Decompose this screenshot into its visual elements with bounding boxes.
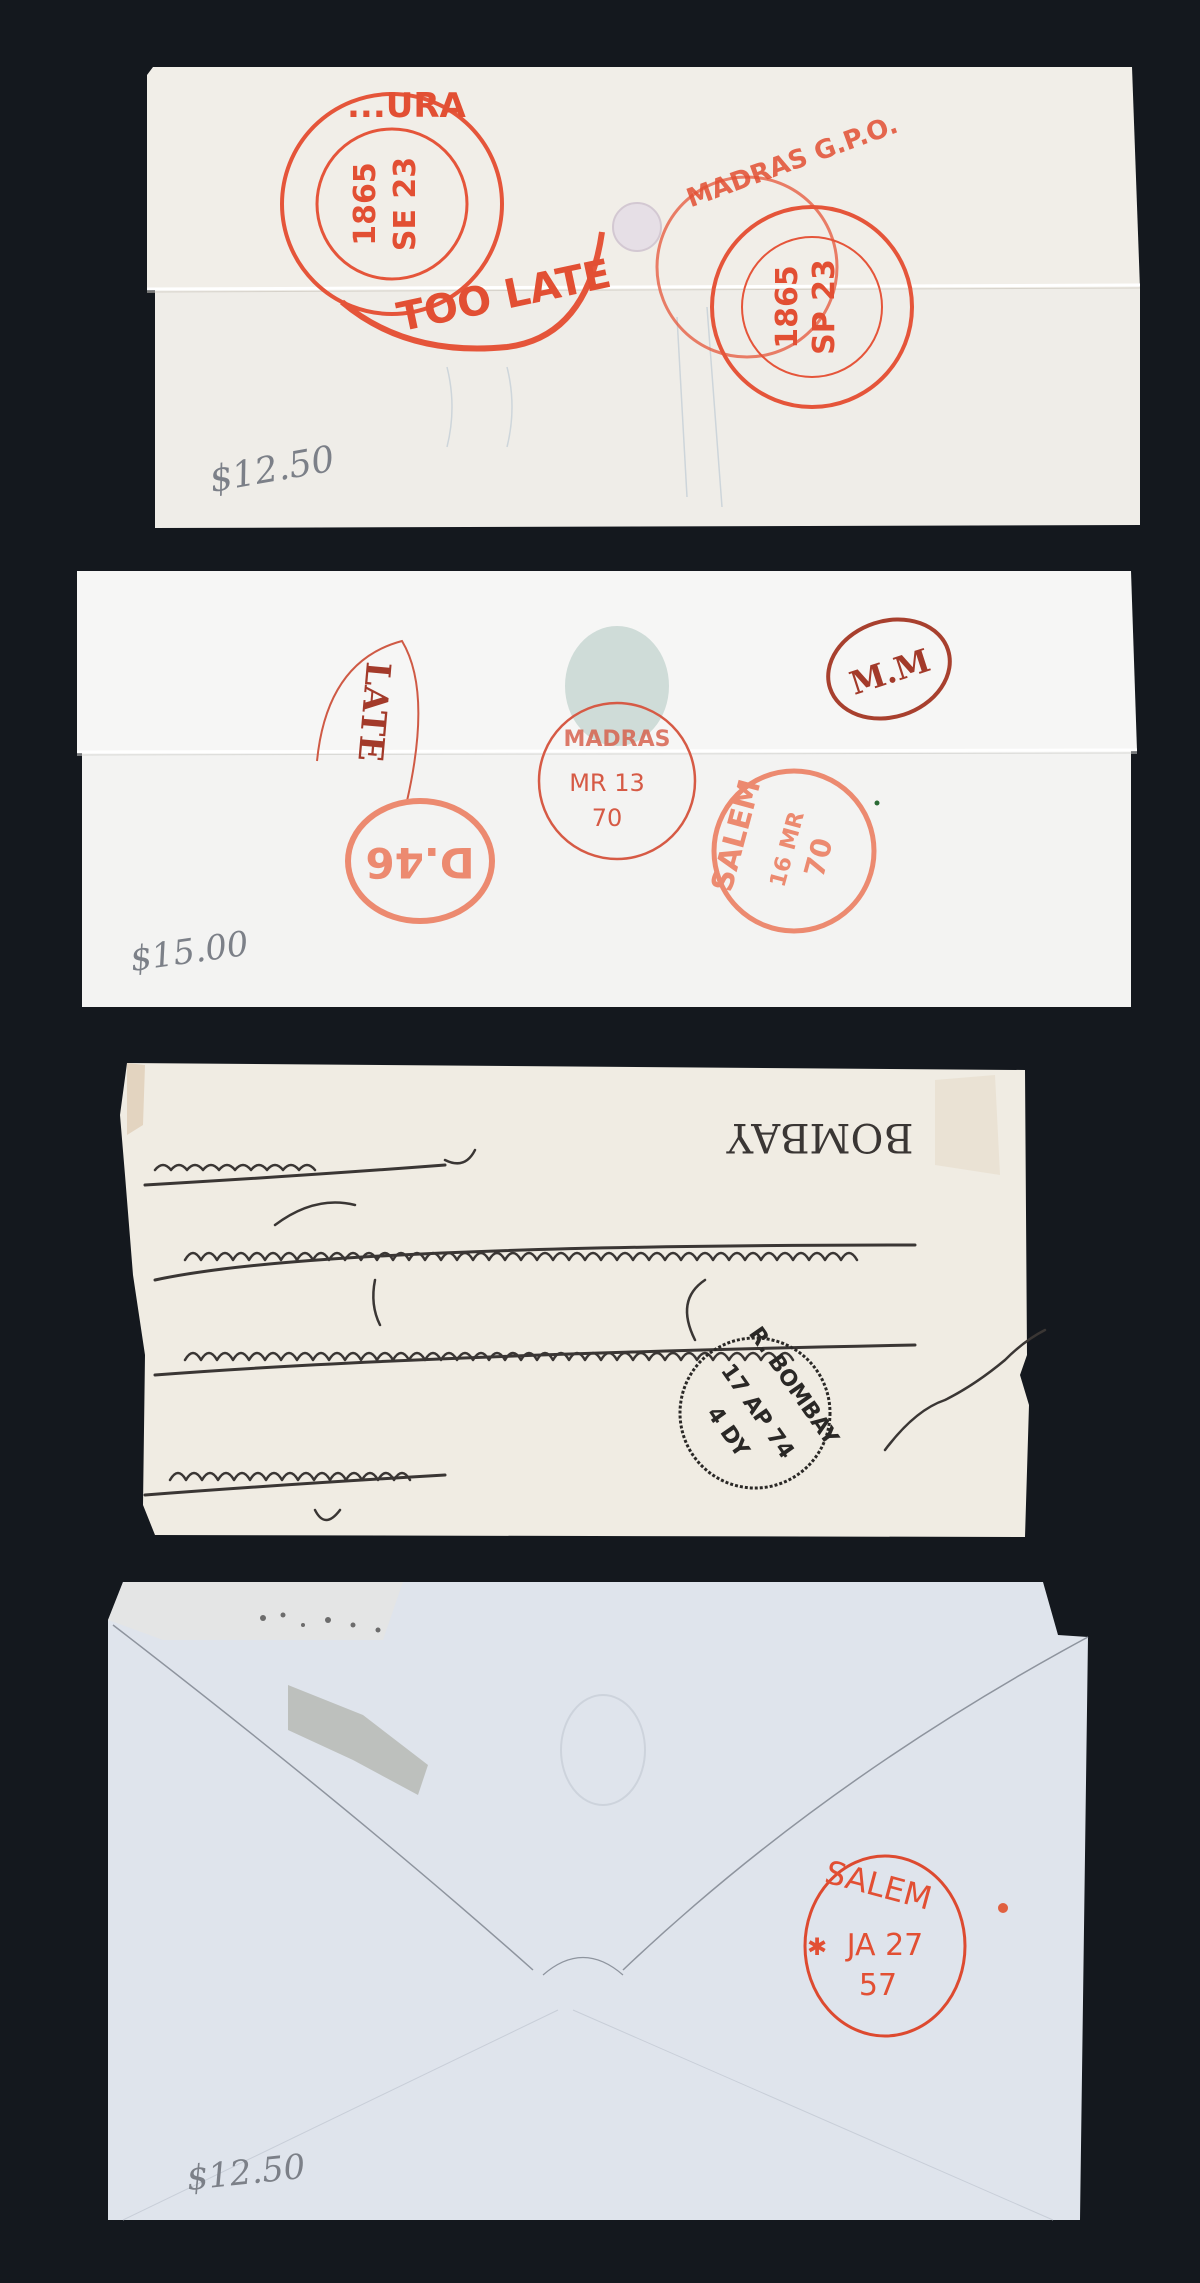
svg-text:SE 23: SE 23	[388, 157, 423, 251]
cover-2-artwork: LATE M.M MADRAS MR 13 70 D.46 SALEM 16 M…	[77, 571, 1131, 1007]
svg-text:70: 70	[592, 804, 623, 832]
svg-text:...URA: ...URA	[347, 86, 467, 126]
svg-text:✱: ✱	[807, 1933, 827, 1961]
svg-text:JA 27: JA 27	[845, 1928, 924, 1963]
svg-text:D.46: D.46	[365, 838, 474, 887]
svg-text:MADRAS: MADRAS	[564, 727, 671, 752]
svg-text:1865: 1865	[348, 162, 383, 246]
svg-text:57: 57	[859, 1968, 897, 2003]
svg-text:MR 13: MR 13	[569, 769, 645, 797]
cover-4-envelope: SALEM JA 27 57 ✱ $12.50	[103, 1580, 1093, 2225]
cover-1-folded-letter: ...URA 1865 SE 23 TOO LATE MADRAS G.P.O.…	[147, 67, 1140, 528]
cover-2-folded-letter: LATE M.M MADRAS MR 13 70 D.46 SALEM 16 M…	[77, 571, 1131, 1007]
cover-4-artwork: SALEM JA 27 57 ✱ $12.50	[103, 1580, 1093, 2225]
bombay-address: BOMBAY	[726, 1114, 914, 1160]
cover-1-artwork: ...URA 1865 SE 23 TOO LATE MADRAS G.P.O.…	[147, 67, 1140, 528]
cover-3-artwork: BOMBAY R. BOMBAY 17 AP 74 4 DY	[115, 1055, 1035, 1540]
svg-text:SP 23: SP 23	[807, 259, 842, 355]
cover-3-native-cover: BOMBAY R. BOMBAY 17 AP 74 4 DY	[115, 1055, 1035, 1540]
svg-text:1865: 1865	[770, 265, 805, 349]
